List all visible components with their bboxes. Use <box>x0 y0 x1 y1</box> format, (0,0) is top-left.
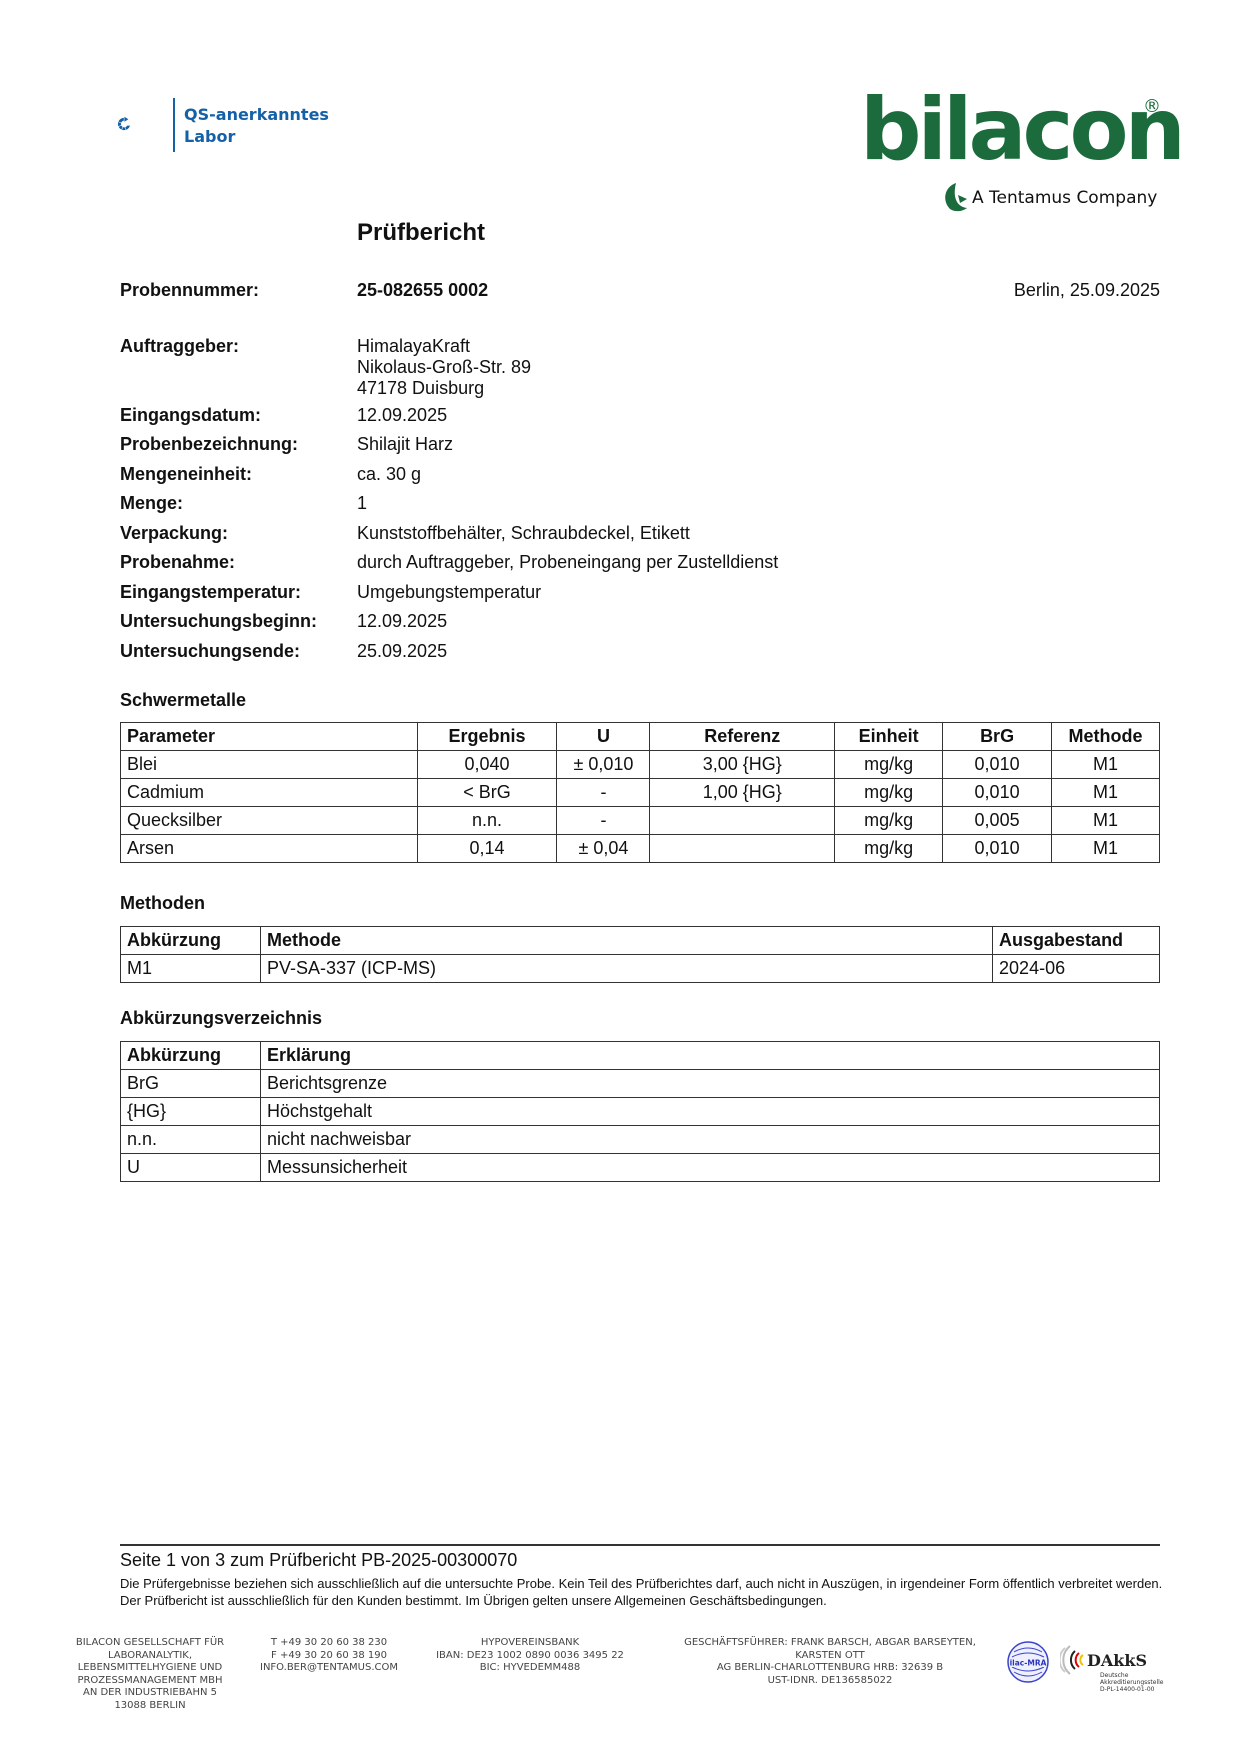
col-parameter: Parameter <box>121 723 418 751</box>
auftraggeber-city: 47178 Duisburg <box>357 378 531 399</box>
section-heading-methoden: Methoden <box>120 893 205 914</box>
field-label: Untersuchungsbeginn: <box>120 611 317 632</box>
disclaimer: Die Prüfergebnisse beziehen sich ausschl… <box>120 1575 1170 1609</box>
auftraggeber-name: HimalayaKraft <box>357 336 531 357</box>
auftraggeber-street: Nikolaus-Groß-Str. 89 <box>357 357 531 378</box>
cell-ergebnis: 0,14 <box>417 835 557 863</box>
table-row: Blei 0,040 ± 0,010 3,00 {HG} mg/kg 0,010… <box>121 751 1160 779</box>
col-methode: Methode <box>1052 723 1160 751</box>
imprint-line: PROZESSMANAGEMENT MBH <box>70 1675 230 1688</box>
cell-ergebnis: n.n. <box>417 807 557 835</box>
col-erklaerung: Erklärung <box>260 1042 1159 1070</box>
cell-parameter: Blei <box>121 751 418 779</box>
page-title: Prüfbericht <box>357 219 485 247</box>
field-label: Menge: <box>120 493 183 514</box>
field-value: ca. 30 g <box>357 464 421 485</box>
svg-text:Akkreditierungsstelle: Akkreditierungsstelle <box>1100 1679 1164 1686</box>
col-abkuerzung: Abkürzung <box>121 927 261 955</box>
table-row: {HG} Höchstgehalt <box>121 1098 1160 1126</box>
registered-mark: ® <box>1143 96 1161 117</box>
imprint-line: GESCHÄFTSFÜHRER: FRANK BARSCH, ABGAR BAR… <box>670 1637 990 1650</box>
table-header-row: Abkürzung Methode Ausgabestand <box>121 927 1160 955</box>
ilac-mra-logo-icon: ilac-MRA <box>1006 1640 1050 1684</box>
col-referenz: Referenz <box>650 723 835 751</box>
cell-abkuerzung: {HG} <box>121 1098 261 1126</box>
cell-u: ± 0,010 <box>557 751 650 779</box>
bilacon-logo: bilacon <box>860 80 1182 180</box>
section-heading-abkuerzungen: Abkürzungsverzeichnis <box>120 1008 322 1029</box>
imprint-line: LEBENSMITTELHYGIENE UND <box>70 1662 230 1675</box>
cell-erklaerung: Höchstgehalt <box>260 1098 1159 1126</box>
field-value: 12.09.2025 <box>357 611 447 632</box>
imprint-line: IBAN: DE23 1002 0890 0036 3495 22 <box>420 1650 640 1663</box>
field-value: 12.09.2025 <box>357 405 447 426</box>
imprint-phone: T +49 30 20 60 38 230 <box>244 1637 414 1650</box>
field-value: Shilajit Harz <box>357 434 453 455</box>
cell-einheit: mg/kg <box>835 835 943 863</box>
cell-parameter: Cadmium <box>121 779 418 807</box>
cell-brg: 0,005 <box>943 807 1052 835</box>
qs-logo-line1: QS-anerkanntes <box>184 104 329 126</box>
table-row: Arsen 0,14 ± 0,04 mg/kg 0,010 M1 <box>121 835 1160 863</box>
imprint-email[interactable]: INFO.BER@TENTAMUS.COM <box>244 1662 414 1675</box>
col-einheit: Einheit <box>835 723 943 751</box>
section-heading-schwermetalle: Schwermetalle <box>120 690 246 711</box>
imprint-line: HYPOVEREINSBANK <box>420 1637 640 1650</box>
cell-referenz: 1,00 {HG} <box>650 779 835 807</box>
brand-tagline: A Tentamus Company <box>972 188 1157 208</box>
cell-erklaerung: Berichtsgrenze <box>260 1070 1159 1098</box>
cell-parameter: Arsen <box>121 835 418 863</box>
field-value: durch Auftraggeber, Probeneingang per Zu… <box>357 552 778 573</box>
cell-u: ± 0,04 <box>557 835 650 863</box>
col-brg: BrG <box>943 723 1052 751</box>
imprint-line: UST-IDNR. DE136585022 <box>670 1675 990 1688</box>
cell-brg: 0,010 <box>943 779 1052 807</box>
qs-logo-divider <box>173 98 175 152</box>
qs-logo-line2: Labor <box>184 126 329 148</box>
imprint-line: KARSTEN OTT <box>670 1650 990 1663</box>
cell-brg: 0,010 <box>943 751 1052 779</box>
cell-u: - <box>557 807 650 835</box>
table-row: U Messunsicherheit <box>121 1154 1160 1182</box>
field-value: 25.09.2025 <box>357 641 447 662</box>
field-label: Eingangsdatum: <box>120 405 261 426</box>
cell-einheit: mg/kg <box>835 807 943 835</box>
cell-methode: M1 <box>1052 835 1160 863</box>
table-header-row: Parameter Ergebnis U Referenz Einheit Br… <box>121 723 1160 751</box>
field-label: Probenahme: <box>120 552 235 573</box>
imprint-fax: F +49 30 20 60 38 190 <box>244 1650 414 1663</box>
col-ergebnis: Ergebnis <box>417 723 557 751</box>
imprint-line: BIC: HYVEDEMM488 <box>420 1662 640 1675</box>
cell-methode: PV-SA-337 (ICP-MS) <box>260 955 992 983</box>
field-label: Probenbezeichnung: <box>120 434 298 455</box>
col-u: U <box>557 723 650 751</box>
cell-u: - <box>557 779 650 807</box>
cell-ergebnis: < BrG <box>417 779 557 807</box>
field-label: Verpackung: <box>120 523 228 544</box>
cell-referenz <box>650 835 835 863</box>
table-row: M1 PV-SA-337 (ICP-MS) 2024-06 <box>121 955 1160 983</box>
field-label: Mengeneinheit: <box>120 464 252 485</box>
svg-text:Deutsche: Deutsche <box>1100 1672 1129 1679</box>
svg-text:ilac-MRA: ilac-MRA <box>1010 1659 1047 1668</box>
imprint-bank: HYPOVEREINSBANK IBAN: DE23 1002 0890 003… <box>420 1637 640 1675</box>
imprint-line: LABORANALYTIK, <box>70 1650 230 1663</box>
cell-abkuerzung: n.n. <box>121 1126 261 1154</box>
cell-abkuerzung: U <box>121 1154 261 1182</box>
place-date: Berlin, 25.09.2025 <box>1014 280 1160 301</box>
methoden-table: Abkürzung Methode Ausgabestand M1 PV-SA-… <box>120 926 1160 983</box>
tentamus-leaf-icon <box>940 181 970 213</box>
field-value: 1 <box>357 493 367 514</box>
probennummer-label: Probennummer: <box>120 280 259 301</box>
cell-einheit: mg/kg <box>835 751 943 779</box>
field-value: Umgebungstemperatur <box>357 582 541 603</box>
col-ausgabestand: Ausgabestand <box>993 927 1160 955</box>
cell-methode: M1 <box>1052 807 1160 835</box>
table-row: Quecksilber n.n. - mg/kg 0,005 M1 <box>121 807 1160 835</box>
svg-text:D-PL-14400-01-00: D-PL-14400-01-00 <box>1100 1686 1155 1693</box>
table-header-row: Abkürzung Erklärung <box>121 1042 1160 1070</box>
page-info: Seite 1 von 3 zum Prüfbericht PB-2025-00… <box>120 1550 517 1571</box>
imprint-line: AG BERLIN-CHARLOTTENBURG HRB: 32639 B <box>670 1662 990 1675</box>
dakks-logo-icon: DAkkS Deutsche Akkreditierungsstelle D-P… <box>1060 1640 1180 1702</box>
imprint-management: GESCHÄFTSFÜHRER: FRANK BARSCH, ABGAR BAR… <box>670 1637 990 1687</box>
svg-text:DAkkS: DAkkS <box>1087 1651 1147 1670</box>
cell-methode: M1 <box>1052 779 1160 807</box>
footer-divider <box>120 1544 1160 1546</box>
schwermetalle-table: Parameter Ergebnis U Referenz Einheit Br… <box>120 722 1160 863</box>
cell-erklaerung: nicht nachweisbar <box>260 1126 1159 1154</box>
cell-abkuerzung: M1 <box>121 955 261 983</box>
cell-parameter: Quecksilber <box>121 807 418 835</box>
imprint-line: BILACON GESELLSCHAFT FÜR <box>70 1637 230 1650</box>
field-label: Untersuchungsende: <box>120 641 300 662</box>
imprint-company: BILACON GESELLSCHAFT FÜR LABORANALYTIK, … <box>70 1637 230 1712</box>
qs-logo-text: QS-anerkanntes Labor <box>184 104 329 148</box>
imprint-line: AN DER INDUSTRIEBAHN 5 <box>70 1687 230 1700</box>
cell-abkuerzung: BrG <box>121 1070 261 1098</box>
cell-referenz <box>650 807 835 835</box>
cell-brg: 0,010 <box>943 835 1052 863</box>
field-value: Kunststoffbehälter, Schraubdeckel, Etike… <box>357 523 690 544</box>
qs-logo-icon <box>116 96 172 152</box>
cell-referenz: 3,00 {HG} <box>650 751 835 779</box>
table-row: n.n. nicht nachweisbar <box>121 1126 1160 1154</box>
cell-ausgabestand: 2024-06 <box>993 955 1160 983</box>
imprint-contact: T +49 30 20 60 38 230 F +49 30 20 60 38 … <box>244 1637 414 1675</box>
cell-ergebnis: 0,040 <box>417 751 557 779</box>
auftraggeber-label: Auftraggeber: <box>120 336 239 357</box>
col-methode: Methode <box>260 927 992 955</box>
probennummer-value: 25-082655 0002 <box>357 280 488 301</box>
col-abkuerzung: Abkürzung <box>121 1042 261 1070</box>
cell-methode: M1 <box>1052 751 1160 779</box>
table-row: Cadmium < BrG - 1,00 {HG} mg/kg 0,010 M1 <box>121 779 1160 807</box>
table-row: BrG Berichtsgrenze <box>121 1070 1160 1098</box>
auftraggeber-address: HimalayaKraft Nikolaus-Groß-Str. 89 4717… <box>357 336 531 399</box>
imprint-line: 13088 BERLIN <box>70 1700 230 1713</box>
field-label: Eingangstemperatur: <box>120 582 301 603</box>
cell-erklaerung: Messunsicherheit <box>260 1154 1159 1182</box>
abkuerzungen-table: Abkürzung Erklärung BrG Berichtsgrenze {… <box>120 1041 1160 1182</box>
cell-einheit: mg/kg <box>835 779 943 807</box>
